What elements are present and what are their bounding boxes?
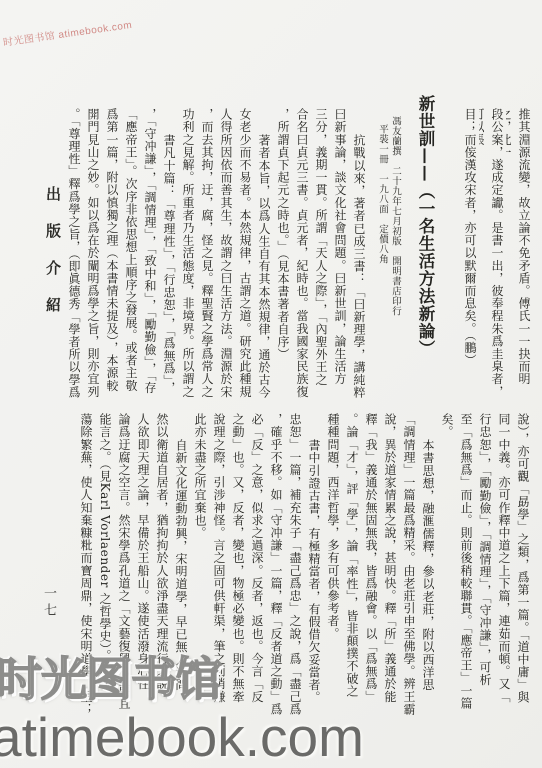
top-register: 推其淵源流變，故立論不免矛盾。傅氏一一抉而明之，此一 段公案，遂成定讞。是書一出… <box>55 108 533 400</box>
text-column: 本書思想，融滙儒釋，參以老莊，附以西洋思想。 <box>418 413 437 716</box>
text-column: 人得所因依而善其生，故謂之曰生活方法。淵源於宋明道學 <box>216 108 235 400</box>
text-column: 抗戰以來，著者已成三書：「曰新理學，講純粹哲學。 <box>349 108 368 400</box>
text-column: 段公案，遂成定讞。是書一出，彼奉程朱爲圭臬者，可以張 <box>479 108 506 400</box>
corner-watermark: 时光图书馆 atimebook.com <box>2 16 133 49</box>
text-column: 書中引證古書，有極精當者，有假借欠妥當者。如「行 <box>304 413 323 716</box>
text-column: 目；而侫漢攻宋者，亦可以默爾而息矣。（鵬） <box>452 108 479 400</box>
library-watermark-cn: 时光图书馆 <box>0 643 221 709</box>
entry-title: 新世訓——（一名生活方法新論） <box>410 95 440 353</box>
text-column: 女老少而不易者。本然規律，古謂之道。研究此種規律，使 <box>235 108 254 400</box>
text-column: 說），亦可觀「勗學」之類，爲第一篇。「道中庸」與 <box>513 413 532 716</box>
text-column: 同一中義。亦可作釋中道之上下篇，連茹而頓。又「 <box>494 413 513 716</box>
text-column: 忠恕」一篇，補充朱子「盡己爲忠」之說，爲「盡己爲人爲忠」 <box>285 413 304 716</box>
text-column: 功利之見解。所重者乃生活態度，非境界。所以謂之新也。 <box>178 108 197 400</box>
text-column: 三分，義期一貫。所謂「天人之際」，「內聖外王之道」也。 <box>311 108 330 400</box>
text-column: 行忠恕」，「勵勤儉」，「調情理」，「守冲謙」，可析 <box>475 413 494 716</box>
text-column: 之動」也。又，反者，變也，物極必變也。則不無牽強。 <box>228 413 247 716</box>
text-column: ，確乎不移。如「守冲謙」一篇，釋「反者道之動」爲「物極 <box>266 413 285 716</box>
text-column: ，所謂貞下起元之時也。」（見本書著者自序） <box>273 108 292 400</box>
text-column: 。論「才」，評「學」，論「率性」，皆非顛撲不破之理。 <box>342 413 361 716</box>
text-column: 書凡十篇：「尊理性」，「行忠恕」，「爲無爲」，「道中庸」 <box>159 108 178 400</box>
text-column: 種種問題，西洋哲學，多有可供參考者。 <box>323 413 342 716</box>
text-column: 推其淵源流變，故立論不免矛盾。傅氏一一抉而明之，此一 <box>506 108 533 400</box>
text-column: ，而去其拘，迂，腐，怪之見。釋聖賢之學爲常人之學。除 <box>197 108 216 400</box>
imprint-line: 平裝一冊 一九八面 定價八角 <box>376 108 389 400</box>
text-column: 開門見山之妙。如以爲在於闡明爲學之旨，則亦宜列於其次 <box>83 108 102 400</box>
text-column: 必「反」之意，似求之過深。反者，返也。今言「反應」，則「道 <box>247 413 266 716</box>
text-column: 釋「我」義通於無固無我，皆爲融會。以「爲無爲」 <box>361 413 380 716</box>
text-column: 「應帝王」。次序非依思想上順序之發展。或者主敬存誠應列 <box>121 108 140 400</box>
text-column: 合名曰貞元三書。貞元者，紀時也。當我國家民族復興之際 <box>292 108 311 400</box>
text-column: ，「守冲謙」，「調情理」，「致中和」，「勵勤儉」，「存誠敬」， <box>140 108 159 400</box>
scanned-book-page: 时光图书馆 atimebook.com 出版介紹 一七 推其淵源流變，故立論不免… <box>0 0 542 768</box>
text-column: 曰新事論，談文化社會問題。曰新世訓，論生活方法。書雖 <box>330 108 349 400</box>
text-column: 說，異於道家情累之說，甚明快。釋「所」義通於能 <box>380 413 399 716</box>
imprint-block: 馮友蘭撰 二十九年七月初版 開明書店印行 平裝一冊 一九八面 定價八角 <box>370 108 402 400</box>
imprint-line: 馮友蘭撰 二十九年七月初版 開明書店印行 <box>389 108 402 400</box>
text-column: 至「爲無爲」而止。則前後稍較聯貫。「應帝王」一篇 <box>456 413 475 716</box>
text-column: 著者本旨，以爲人生自有其本然規律，通於古今中外男 <box>254 108 273 400</box>
text-column: 矣。 <box>437 413 456 716</box>
text-column: 爲第一篇，附以慎獨之理（本書情未提及），本源較清，有 <box>102 108 121 400</box>
text-column: 「調情理」一篇最爲精采。由老莊引申至佛學。辨王霸 <box>399 413 418 716</box>
library-watermark-url: atimebook.com <box>0 705 364 768</box>
page-number: 一七 <box>39 586 58 620</box>
text-column: 。「尊理性」釋爲學之旨，（即眞德秀「學者所以學爲人也」之 <box>64 108 83 400</box>
